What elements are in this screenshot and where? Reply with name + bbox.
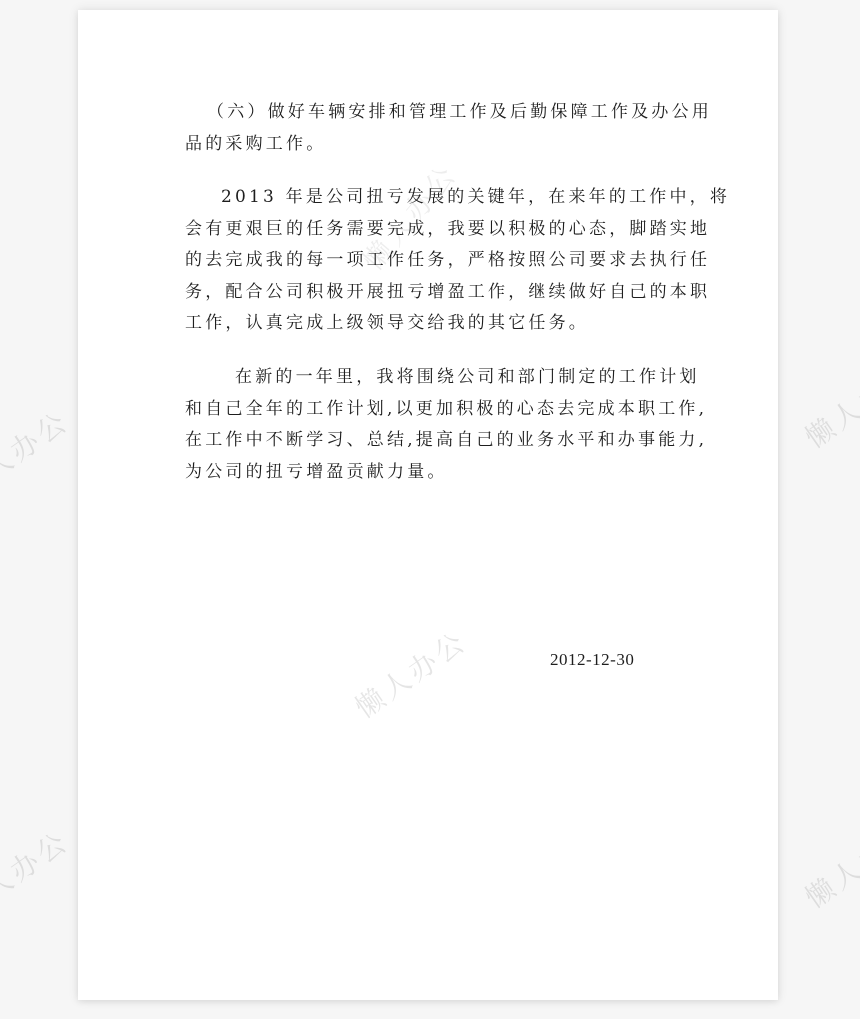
- text-line: 和自己全年的工作计划,以更加积极的心态去完成本职工作,: [185, 394, 675, 426]
- watermark-right-lower: 懒人办公: [797, 810, 860, 916]
- document-date: 2012-12-30: [550, 650, 634, 670]
- text-line: （六）做好车辆安排和管理工作及后勤保障工作及办公用: [185, 97, 675, 129]
- watermark-left-upper: 懒人办公: [0, 400, 76, 506]
- text-line: 务，配合公司积极开展扭亏增盈工作，继续做好自己的本职: [185, 277, 675, 309]
- text-line: 工作，认真完成上级领导交给我的其它任务。: [185, 308, 675, 340]
- text-line: 的去完成我的每一项工作任务，严格按照公司要求去执行任: [185, 245, 675, 277]
- document-page: （六）做好车辆安排和管理工作及后勤保障工作及办公用 品的采购工作。 2013 年…: [78, 10, 778, 1000]
- text-line: 品的采购工作。: [185, 129, 675, 161]
- text-line: 为公司的扭亏增盈贡献力量。: [185, 457, 675, 489]
- watermark-right-upper: 懒人办公: [797, 350, 860, 456]
- text-line: 在工作中不断学习、总结,提高自己的业务水平和办事能力,: [185, 425, 675, 457]
- text-line: 在新的一年里，我将围绕公司和部门制定的工作计划: [185, 362, 675, 394]
- watermark-page-middle: 懒人办公: [347, 620, 475, 726]
- watermark-left-lower: 懒人办公: [0, 820, 76, 926]
- paragraph-vehicle-logistics: （六）做好车辆安排和管理工作及后勤保障工作及办公用 品的采购工作。: [185, 97, 675, 160]
- paragraph-2013-plan: 2013 年是公司扭亏发展的关键年，在来年的工作中，将 会有更艰巨的任务需要完成…: [185, 182, 675, 340]
- text-line: 2013 年是公司扭亏发展的关键年，在来年的工作中，将: [185, 182, 675, 214]
- paragraph-new-year: 在新的一年里，我将围绕公司和部门制定的工作计划 和自己全年的工作计划,以更加积极…: [185, 362, 675, 488]
- text-line: 会有更艰巨的任务需要完成，我要以积极的心态，脚踏实地: [185, 214, 675, 246]
